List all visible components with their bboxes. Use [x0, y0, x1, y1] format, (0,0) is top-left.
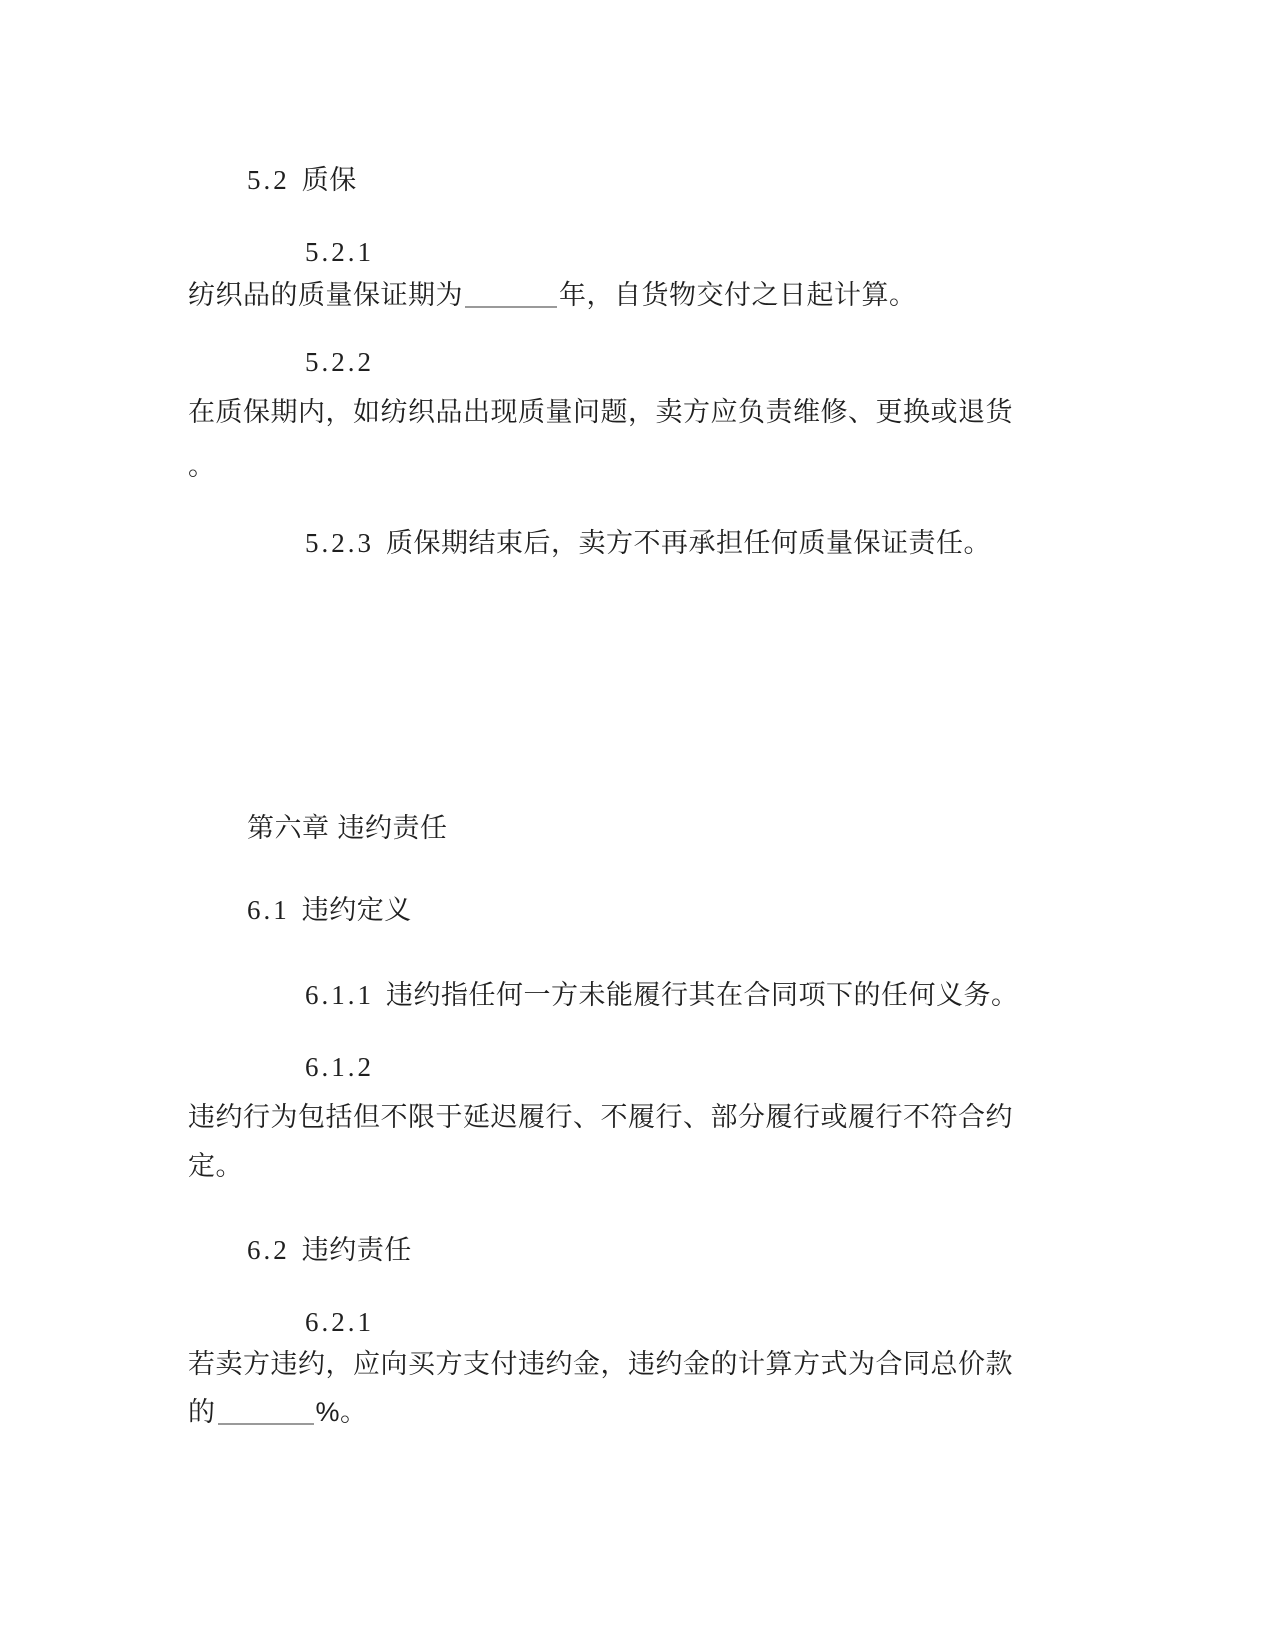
clause-5-2-2-body-line2: 。 — [188, 449, 216, 483]
fill-in-blank-warranty-years — [465, 306, 557, 308]
clause-5-2-2-body-line1: 在质保期内，如纺织品出现质量问题，卖方应负责维修、更换或退货 — [188, 395, 1013, 429]
clause-5-2-2-text-line2: 。 — [188, 451, 216, 481]
fill-in-blank-penalty-percent — [218, 1423, 314, 1425]
clause-5-2-1-number: 5.2.1 — [305, 237, 374, 267]
section-5-2-heading: 5.2质保 — [247, 163, 357, 197]
clause-6-1-2-body-line2: 定。 — [188, 1149, 243, 1183]
clause-5-2-1-text-before-blank: 纺织品的质量保证期为 — [188, 280, 463, 310]
section-6-1-title: 违约定义 — [302, 895, 412, 925]
clause-5-2-1-number-line: 5.2.1 — [305, 235, 374, 269]
clause-6-1-1-line: 6.1.1违约指任何一方未能履行其在合同项下的任何义务。 — [305, 978, 1019, 1012]
clause-6-2-1-text-after-blank: %。 — [316, 1397, 368, 1427]
clause-5-2-2-number-line: 5.2.2 — [305, 345, 374, 379]
clause-6-1-1-text: 违约指任何一方未能履行其在合同项下的任何义务。 — [386, 980, 1019, 1010]
section-6-2-heading: 6.2违约责任 — [247, 1233, 412, 1267]
clause-6-2-1-body-line1: 若卖方违约，应向买方支付违约金，违约金的计算方式为合同总价款 — [188, 1347, 1013, 1381]
clause-6-1-2-text-line2: 定。 — [188, 1151, 243, 1181]
clause-5-2-3-line: 5.2.3质保期结束后，卖方不再承担任何质量保证责任。 — [305, 526, 991, 560]
clause-5-2-2-number: 5.2.2 — [305, 347, 374, 377]
contract-document-page: 5.2质保 5.2.1 纺织品的质量保证期为年，自货物交付之日起计算。 5.2.… — [0, 0, 1275, 1650]
clause-6-1-2-number-line: 6.1.2 — [305, 1050, 374, 1084]
clause-6-1-1-number: 6.1.1 — [305, 980, 374, 1010]
clause-5-2-1-text-after-blank: 年，自货物交付之日起计算。 — [559, 280, 917, 310]
section-6-1-heading: 6.1违约定义 — [247, 893, 412, 927]
clause-6-2-1-number: 6.2.1 — [305, 1307, 374, 1337]
clause-6-1-2-text-line1: 违约行为包括但不限于延迟履行、不履行、部分履行或履行不符合约 — [188, 1102, 1013, 1132]
section-6-1-number: 6.1 — [247, 895, 290, 925]
clause-5-2-1-body: 纺织品的质量保证期为年，自货物交付之日起计算。 — [188, 278, 917, 312]
clause-5-2-3-number: 5.2.3 — [305, 528, 374, 558]
section-5-2-title: 质保 — [302, 165, 357, 195]
section-6-2-number: 6.2 — [247, 1235, 290, 1265]
clause-6-2-1-text-line1: 若卖方违约，应向买方支付违约金，违约金的计算方式为合同总价款 — [188, 1349, 1013, 1379]
clause-6-2-1-body-line2: 的%。 — [188, 1395, 368, 1429]
clause-5-2-2-text-line1: 在质保期内，如纺织品出现质量问题，卖方应负责维修、更换或退货 — [188, 397, 1013, 427]
clause-6-1-2-number: 6.1.2 — [305, 1052, 374, 1082]
section-6-2-title: 违约责任 — [302, 1235, 412, 1265]
section-5-2-number: 5.2 — [247, 165, 290, 195]
clause-6-2-1-text-before-blank: 的 — [188, 1397, 216, 1427]
clause-6-2-1-number-line: 6.2.1 — [305, 1305, 374, 1339]
chapter-6-title: 第六章 违约责任 — [247, 813, 448, 843]
clause-5-2-3-text: 质保期结束后，卖方不再承担任何质量保证责任。 — [386, 528, 991, 558]
chapter-6-heading: 第六章 违约责任 — [247, 811, 448, 845]
clause-6-1-2-body-line1: 违约行为包括但不限于延迟履行、不履行、部分履行或履行不符合约 — [188, 1100, 1013, 1134]
